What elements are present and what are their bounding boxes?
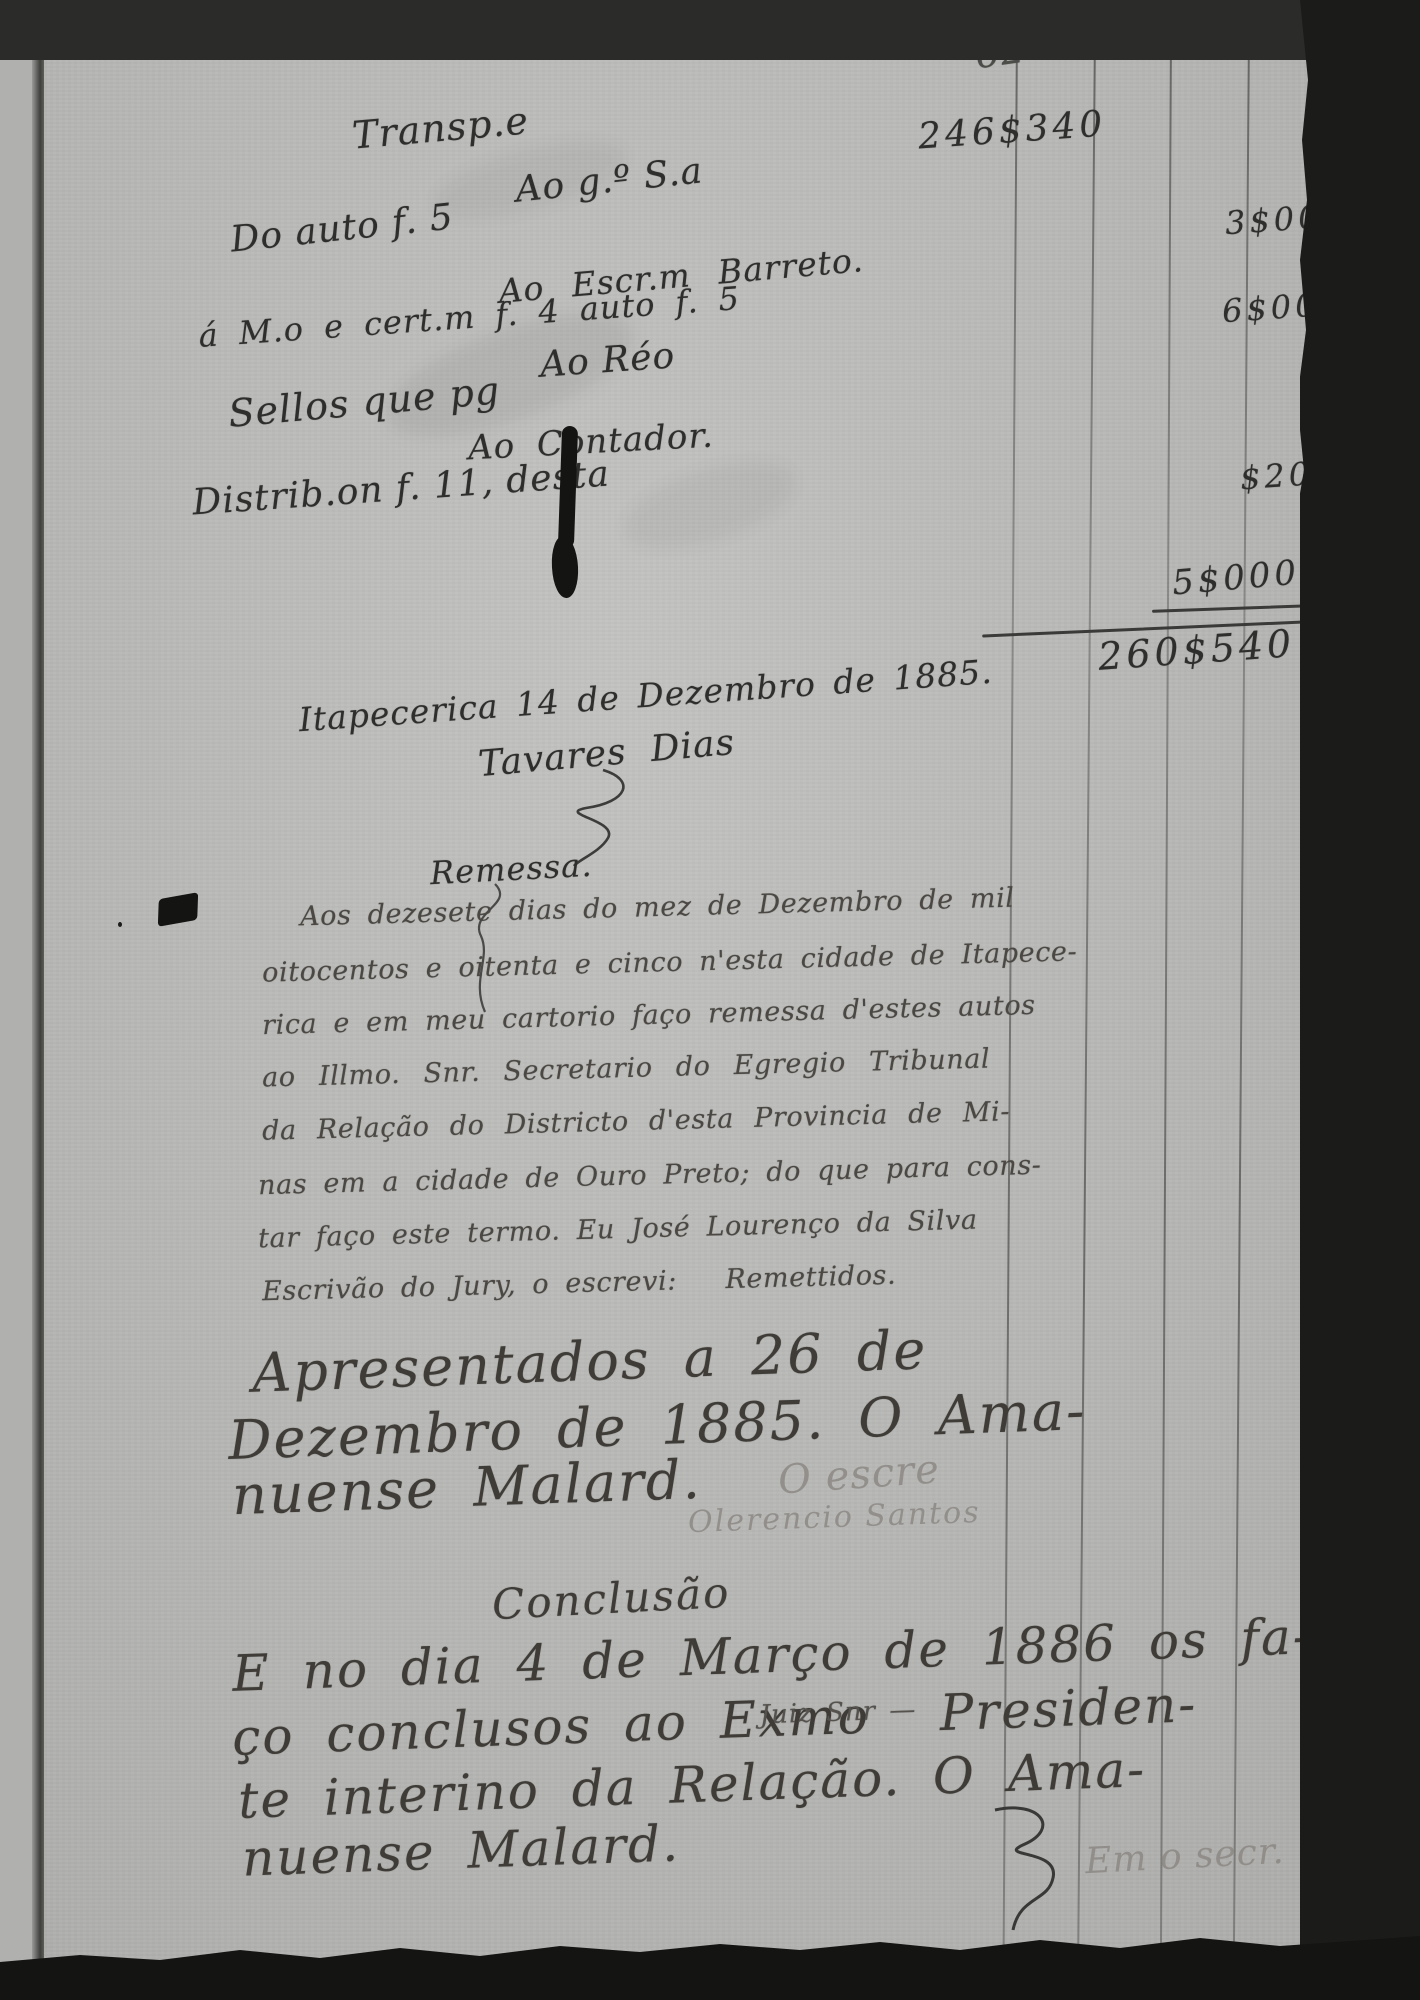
scan-border-right xyxy=(1300,0,1420,2000)
adjacent-page-sliver xyxy=(0,26,36,2000)
scan-border-top xyxy=(0,0,1420,60)
malard-rubric-flourish xyxy=(965,1800,1075,1935)
line2-gap: Juiz Snr — xyxy=(870,1730,940,1732)
conclusao-superscript: Juiz Snr — xyxy=(759,1695,917,1730)
conclusao-line2-end: Presiden- xyxy=(939,1675,1198,1742)
paper-speck xyxy=(118,922,122,927)
